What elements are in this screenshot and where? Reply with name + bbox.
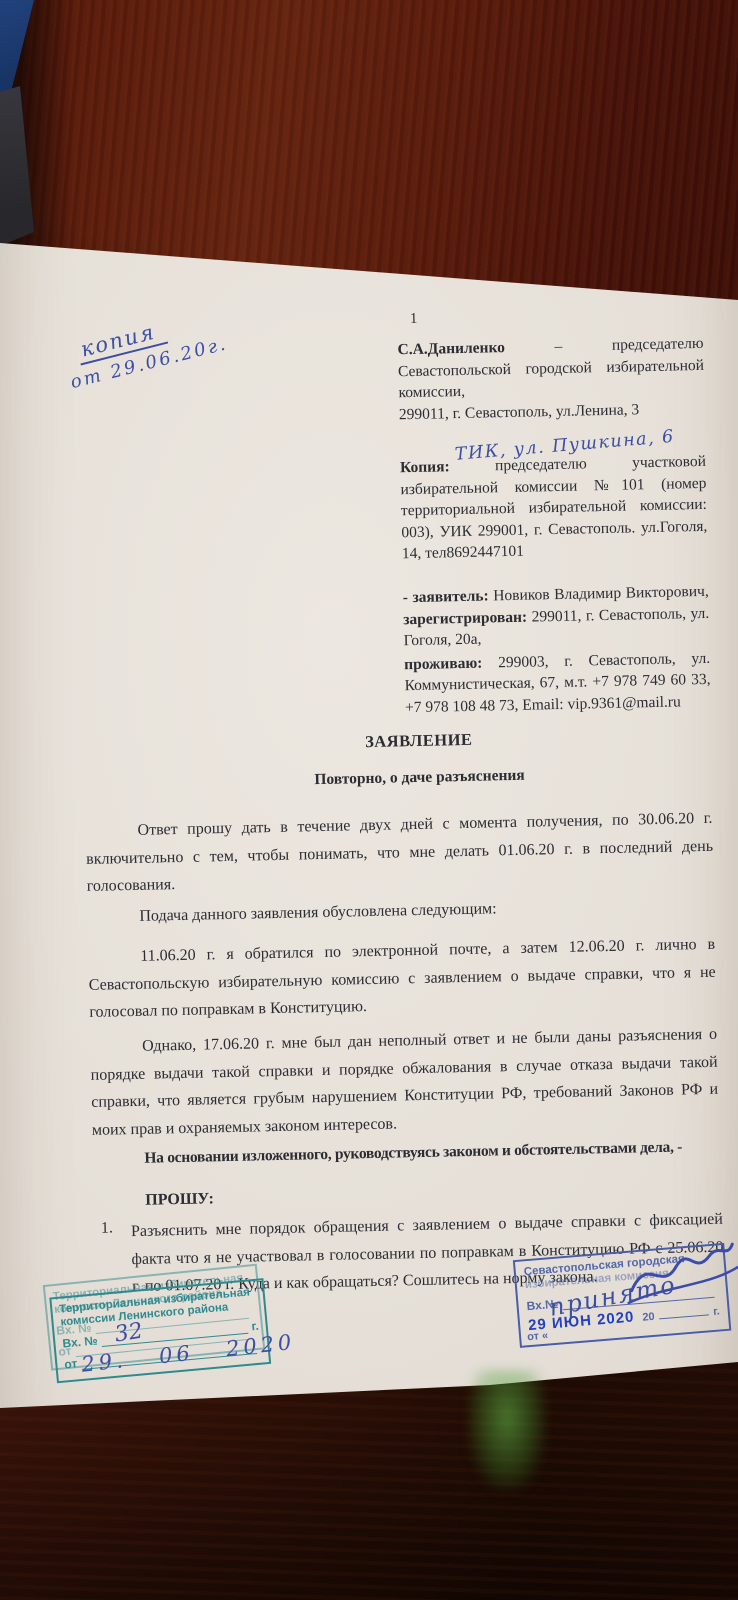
applicant-block: - заявитель: Новиков Владимир Викторович… <box>403 581 712 720</box>
copy-word2: участковой <box>632 451 706 474</box>
copy-label: Копия: <box>400 456 450 479</box>
document-subtitle: Повторно, о даче разъяснения <box>129 763 709 793</box>
copy-to-rest: избирательной комиссии №101 (номер терри… <box>400 472 708 564</box>
green-reflection <box>468 1370 546 1490</box>
signature <box>622 1237 738 1317</box>
territorial-commission-stamp: Территориальная избирательная комиссии Л… <box>49 1278 277 1394</box>
copy-to-block: Копия: председателю участковой избирател… <box>400 451 708 565</box>
copy-word1: председателю <box>495 453 587 476</box>
paragraph: Однако, 17.06.20 г. мне был дан неполный… <box>90 1021 719 1144</box>
addressee-block: С.А.Даниленко – председателю Севастополь… <box>397 333 705 425</box>
handwritten-copy-note: копия от 29.06.20г. <box>74 303 229 389</box>
addressee-role: председателю <box>612 333 704 356</box>
photo-of-document: 1 копия от 29.06.20г. С.А.Даниленко – пр… <box>0 0 738 1600</box>
paragraph: Ответ прошу дать в течение двух дней с м… <box>85 805 714 901</box>
document-title: ЗАЯВЛЕНИЕ <box>129 725 709 757</box>
paragraph: 11.06.20 г. я обратился по электронной п… <box>88 931 717 1027</box>
addressee-org: Севастопольской городской избирательной … <box>398 354 705 403</box>
residence-label: проживаю: <box>404 654 483 673</box>
page-number: 1 <box>410 311 418 328</box>
applicant-label: - заявитель: <box>403 587 489 606</box>
applicant-line-registered: - заявитель: Новиков Владимир Викторович… <box>403 581 710 652</box>
addressee-name: С.А.Даниленко <box>397 337 505 361</box>
stamp-from-label: от « <box>527 1330 549 1344</box>
handwritten-entry-number: 32 <box>113 1318 145 1347</box>
registered-label: зарегистрирован: <box>403 608 527 628</box>
request-item-number: 1. <box>101 1219 113 1237</box>
applicant-line-residence: проживаю: 299003, г. Севастополь, ул. Ко… <box>404 647 711 718</box>
city-commission-stamp: Севастопольская городская избирательная … <box>513 1241 738 1360</box>
dash: – <box>554 336 562 358</box>
